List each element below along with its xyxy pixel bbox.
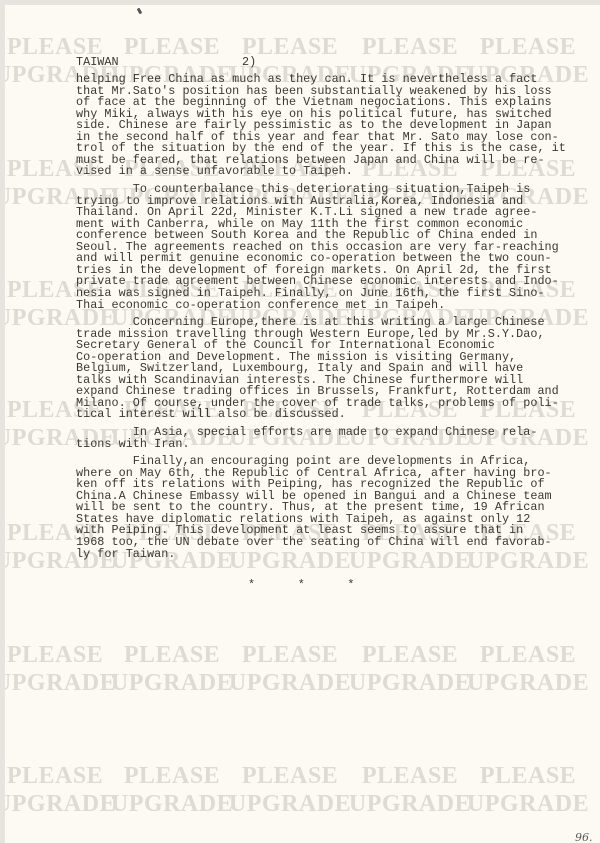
watermark-text: UPGRADE	[229, 791, 351, 817]
handwritten-initials: 96.	[575, 831, 593, 843]
watermark-text: PLEASE	[242, 642, 338, 668]
text-line: vised in a sense unfavorable to Taipeh.	[76, 166, 353, 178]
watermark-text: UPGRADE	[111, 791, 233, 817]
watermark-row: PLEASEPLEASEPLEASEPLEASEPLEASE	[5, 763, 600, 789]
watermark-text: PLEASE	[362, 34, 458, 60]
page-number: 2)	[242, 57, 256, 69]
watermark-text: UPGRADE	[467, 548, 589, 574]
watermark-text: UPGRADE	[5, 670, 116, 696]
watermark-row: UPGRADEUPGRADEUPGRADEUPGRADEUPGRADE	[5, 670, 600, 696]
header-section: TAIWAN	[76, 57, 119, 69]
watermark-text: PLEASE	[7, 763, 103, 789]
watermark-text: PLEASE	[124, 763, 220, 789]
text-line: tical interest will also be discussed.	[76, 409, 346, 421]
watermark-text: PLEASE	[7, 642, 103, 668]
watermark-text: UPGRADE	[5, 791, 116, 817]
watermark-text: UPGRADE	[349, 548, 471, 574]
watermark-text: PLEASE	[480, 34, 576, 60]
text-line: tions with Iran.	[76, 439, 190, 451]
watermark-text: PLEASE	[480, 642, 576, 668]
text-line: ly for Taiwan.	[76, 549, 175, 561]
watermark-row: PLEASEPLEASEPLEASEPLEASEPLEASE	[5, 642, 600, 668]
watermark-text: PLEASE	[362, 763, 458, 789]
watermark-text: PLEASE	[242, 763, 338, 789]
watermark-text: UPGRADE	[349, 670, 471, 696]
watermark-text: UPGRADE	[111, 670, 233, 696]
watermark-text: UPGRADE	[467, 791, 589, 817]
section-separator: * * *	[248, 580, 355, 592]
watermark-text: PLEASE	[480, 763, 576, 789]
typewritten-text: TAIWAN 2) helping Free China as much as …	[76, 5, 104, 103]
watermark-text: UPGRADE	[229, 548, 351, 574]
pen-mark	[137, 8, 143, 15]
watermark-row: UPGRADEUPGRADEUPGRADEUPGRADEUPGRADE	[5, 791, 600, 817]
watermark-text: PLEASE	[362, 642, 458, 668]
text-line: Thai economic co-operation conference me…	[76, 300, 445, 312]
watermark-text: PLEASE	[124, 642, 220, 668]
document-page: PLEASEPLEASEPLEASEPLEASEPLEASEUPGRADEUPG…	[5, 5, 600, 843]
watermark-text: PLEASE	[242, 34, 338, 60]
watermark-text: UPGRADE	[467, 670, 589, 696]
watermark-text: UPGRADE	[229, 670, 351, 696]
watermark-text: PLEASE	[124, 34, 220, 60]
watermark-text: UPGRADE	[349, 791, 471, 817]
